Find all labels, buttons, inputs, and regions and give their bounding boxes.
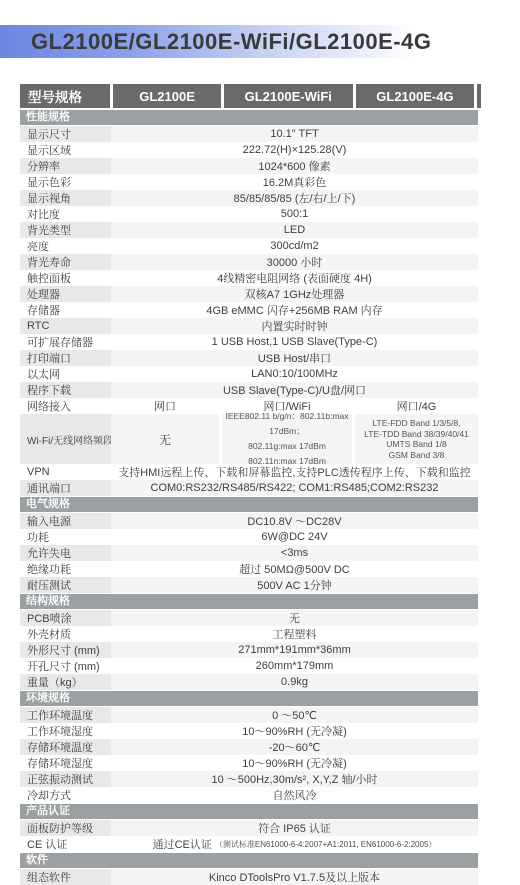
spec-label: 触控面板 (20, 270, 111, 286)
spec-label: 打印端口 (20, 350, 111, 366)
spec-value: COM0:RS232/RS485/RS422; COM1:RS485;COM2:… (111, 480, 478, 496)
spec-value: <3ms (111, 545, 478, 561)
spec-value: 10～90%RH (无冷凝) (111, 755, 478, 771)
spec-value: LAN0:10/100MHz (111, 366, 478, 382)
spec-value: 500V AC 1分钟 (111, 577, 478, 593)
spec-label: 面板防护等级 (20, 820, 111, 836)
spec-row: 打印端口USB Host/串口 (20, 350, 478, 366)
spec-value: 10 ～500Hz,30m/s², X,Y,Z 轴/小时 (111, 771, 478, 787)
spec-value: 超过 50MΩ@500V DC (111, 561, 478, 577)
spec-label: 工作环境温度 (20, 707, 111, 723)
product-title-bar: GL2100E/GL2100E-WiFi/GL2100E-4G (0, 25, 455, 58)
spec-value: 0.9kg (111, 674, 478, 690)
spec-value: 自然风冷 (111, 787, 478, 803)
spec-value: 4GB eMMC 闪存+256MB RAM 内存 (111, 302, 478, 318)
spec-value: 通过CE认证（测试标准EN61000-6-4:2007+A1:2011, EN6… (111, 836, 478, 852)
model-header-cell-gl2100e: GL2100E (113, 84, 220, 108)
spec-row: 显示色彩16.2M真彩色 (20, 174, 478, 190)
spec-value: 271mm*191mm*36mm (111, 642, 478, 658)
spec-value: 222.72(H)×125.28(V) (111, 142, 478, 158)
section-header: 性能规格 (20, 110, 478, 125)
spec-row: PCB喷涂无 (20, 610, 478, 626)
spec-value: 300cd/m2 (111, 238, 478, 254)
spec-label: 功耗 (20, 529, 111, 545)
section-header: 结构规格 (20, 594, 478, 609)
spec-row: 显示区域222.72(H)×125.28(V) (20, 142, 478, 158)
spec-row: 背光寿命30000 小时 (20, 254, 478, 270)
spec-row: 显示视角85/85/85/85 (左/右/上/下) (20, 190, 478, 206)
spec-table: 型号规格 GL2100E GL2100E-WiFi GL2100E-4G 性能规… (20, 84, 481, 885)
spec-label: 以太网 (20, 366, 111, 382)
spec-label: 重量（kg） (20, 674, 111, 690)
spec-row: 允许失电<3ms (20, 545, 478, 561)
spec-row: 分辨率1024*600 像素 (20, 158, 478, 174)
model-header-cell-gl2100e-wifi: GL2100E-WiFi (224, 84, 353, 108)
spec-value: 内置实时时钟 (111, 318, 478, 334)
spec-row: Wi-Fi/无线网络频段无IEEE802.11 b/g/n：802.11b:ma… (20, 414, 478, 464)
spec-value: 6W@DC 24V (111, 529, 478, 545)
spec-label: PCB喷涂 (20, 610, 111, 626)
spec-label: 允许失电 (20, 545, 111, 561)
spec-row: 对比度500:1 (20, 206, 478, 222)
spec-label: 开孔尺寸 (mm) (20, 658, 111, 674)
spec-row: 正弦振动测试10 ～500Hz,30m/s², X,Y,Z 轴/小时 (20, 771, 478, 787)
spec-value: 4线精密电阻网络 (表面硬度 4H) (111, 270, 478, 286)
spec-value: Kinco DToolsPro V1.7.5及以上版本 (111, 869, 478, 885)
spec-value: 30000 小时 (111, 254, 478, 270)
spec-row: 工作环境温度0 ～50℃ (20, 707, 478, 723)
spec-cell-line: LTE-FDD Band 1/3/5/8, (372, 418, 460, 429)
model-header-cell-label: 型号规格 (20, 84, 110, 108)
spec-row: 可扩展存储器1 USB Host,1 USB Slave(Type-C) (20, 334, 478, 350)
spec-value: USB Host/串口 (111, 350, 478, 366)
spec-label: 显示区域 (20, 142, 111, 158)
spec-row: 亮度300cd/m2 (20, 238, 478, 254)
spec-row: 通讯端口COM0:RS232/RS485/RS422; COM1:RS485;C… (20, 480, 478, 496)
spec-row: 以太网LAN0:10/100MHz (20, 366, 478, 382)
spec-cell-line: GSM Band 3/8 (389, 450, 445, 461)
spec-label: 程序下载 (20, 382, 111, 398)
spec-row: VPN支持HMI远程上传、下载和屏幕监控,支持PLC透传程序上传、下载和监控 (20, 464, 478, 480)
spec-cell: 无 (111, 414, 219, 464)
spec-cell-line: IEEE802.11 b/g/n：802.11b:max 17dBm； (222, 409, 352, 439)
spec-value: 260mm*179mm (111, 658, 478, 674)
spec-cell: LTE-FDD Band 1/3/5/8,LTE-TDD Band 38/39/… (355, 414, 478, 464)
spec-row: 工作环境湿度10～90%RH (无冷凝) (20, 723, 478, 739)
spec-row: 绝缘功耗超过 50MΩ@500V DC (20, 561, 478, 577)
spec-row: 冷却方式自然风冷 (20, 787, 478, 803)
model-header-cell-gl2100e-4g: GL2100E-4G (356, 84, 474, 108)
spec-label: 存储环境湿度 (20, 755, 111, 771)
spec-label: 显示视角 (20, 190, 111, 206)
spec-row: 存储环境湿度10～90%RH (无冷凝) (20, 755, 478, 771)
spec-cell-line: 无 (159, 431, 171, 448)
spec-label: VPN (20, 464, 111, 480)
spec-value: -20～60℃ (111, 739, 478, 755)
spec-row: 程序下载USB Slave(Type-C)/U盘/网口 (20, 382, 478, 398)
spec-value: 符合 IP65 认证 (111, 820, 478, 836)
spec-cell: 网口/4G (355, 398, 478, 414)
section-header: 软件 (20, 853, 478, 868)
spec-row: 外壳材质工程塑料 (20, 626, 478, 642)
spec-label: 存储器 (20, 302, 111, 318)
spec-label: 可扩展存储器 (20, 334, 111, 350)
spec-value: 工程塑料 (111, 626, 478, 642)
spec-label: 耐压测试 (20, 577, 111, 593)
spec-row: 存储环境温度-20～60℃ (20, 739, 478, 755)
spec-row: 功耗6W@DC 24V (20, 529, 478, 545)
spec-label: 对比度 (20, 206, 111, 222)
spec-value: 85/85/85/85 (左/右/上/下) (111, 190, 478, 206)
spec-label: 网络接入 (20, 398, 111, 414)
spec-row: RTC内置实时时钟 (20, 318, 478, 334)
spec-cell-line: 802.11g:max 17dBm (248, 439, 326, 454)
section-header: 产品认证 (20, 804, 478, 819)
spec-value: 无 (111, 610, 478, 626)
spec-row: 开孔尺寸 (mm)260mm*179mm (20, 658, 478, 674)
spec-label: 外形尺寸 (mm) (20, 642, 111, 658)
spec-label: 冷却方式 (20, 787, 111, 803)
spec-value: 16.2M真彩色 (111, 174, 478, 190)
spec-label: 处理器 (20, 286, 111, 302)
spec-body: 性能规格显示尺寸10.1" TFT显示区域222.72(H)×125.28(V)… (20, 110, 478, 885)
spec-label: RTC (20, 318, 111, 334)
spec-label: 分辨率 (20, 158, 111, 174)
spec-label: 背光类型 (20, 222, 111, 238)
spec-row: 处理器双核A7 1GHz处理器 (20, 286, 478, 302)
spec-label: 绝缘功耗 (20, 561, 111, 577)
spec-cell: 网口 (111, 398, 219, 414)
spec-label: Wi-Fi/无线网络频段 (20, 414, 111, 464)
spec-value: 双核A7 1GHz处理器 (111, 286, 478, 302)
spec-row: 重量（kg）0.9kg (20, 674, 478, 690)
spec-value: 1 USB Host,1 USB Slave(Type-C) (111, 334, 478, 350)
spec-label: 存储环境温度 (20, 739, 111, 755)
model-header-row: 型号规格 GL2100E GL2100E-WiFi GL2100E-4G (20, 84, 481, 108)
spec-value: 10～90%RH (无冷凝) (111, 723, 478, 739)
spec-row: 背光类型LED (20, 222, 478, 238)
spec-cell: IEEE802.11 b/g/n：802.11b:max 17dBm；802.1… (222, 414, 352, 464)
spec-label: 背光寿命 (20, 254, 111, 270)
spec-value: USB Slave(Type-C)/U盘/网口 (111, 382, 478, 398)
spec-cell-line: UMTS Band 1/8 (386, 439, 446, 450)
spec-label: 输入电源 (20, 513, 111, 529)
table-right-edge (477, 84, 481, 108)
spec-row: 耐压测试500V AC 1分钟 (20, 577, 478, 593)
spec-row: 输入电源DC10.8V ～DC28V (20, 513, 478, 529)
spec-value: 10.1" TFT (111, 126, 478, 142)
spec-value: DC10.8V ～DC28V (111, 513, 478, 529)
spec-label: 显示色彩 (20, 174, 111, 190)
spec-value: 0 ～50℃ (111, 707, 478, 723)
spec-row: 组态软件Kinco DToolsPro V1.7.5及以上版本 (20, 869, 478, 885)
spec-row: 存储器4GB eMMC 闪存+256MB RAM 内存 (20, 302, 478, 318)
spec-row: 触控面板4线精密电阻网络 (表面硬度 4H) (20, 270, 478, 286)
spec-label: 组态软件 (20, 869, 111, 885)
spec-row: CE 认证通过CE认证（测试标准EN61000-6-4:2007+A1:2011… (20, 836, 478, 852)
spec-label: CE 认证 (20, 836, 111, 852)
section-header: 电气规格 (20, 497, 478, 512)
spec-label: 外壳材质 (20, 626, 111, 642)
spec-cell-line: LTE-TDD Band 38/39/40/41 (364, 429, 469, 440)
spec-row: 面板防护等级符合 IP65 认证 (20, 820, 478, 836)
spec-value: LED (111, 222, 478, 238)
spec-cells: 无IEEE802.11 b/g/n：802.11b:max 17dBm；802.… (111, 414, 478, 464)
spec-label: 正弦振动测试 (20, 771, 111, 787)
spec-label: 通讯端口 (20, 480, 111, 496)
page-title: GL2100E/GL2100E-WiFi/GL2100E-4G (0, 29, 431, 55)
spec-label: 亮度 (20, 238, 111, 254)
spec-label: 显示尺寸 (20, 126, 111, 142)
spec-note: （测试标准EN61000-6-4:2007+A1:2011, EN61000-6… (215, 839, 437, 850)
spec-row: 外形尺寸 (mm)271mm*191mm*36mm (20, 642, 478, 658)
spec-row: 显示尺寸10.1" TFT (20, 126, 478, 142)
section-header: 环境规格 (20, 691, 478, 706)
spec-label: 工作环境湿度 (20, 723, 111, 739)
spec-value: 500:1 (111, 206, 478, 222)
spec-value: 1024*600 像素 (111, 158, 478, 174)
spec-value: 支持HMI远程上传、下载和屏幕监控,支持PLC透传程序上传、下载和监控 (111, 464, 478, 480)
